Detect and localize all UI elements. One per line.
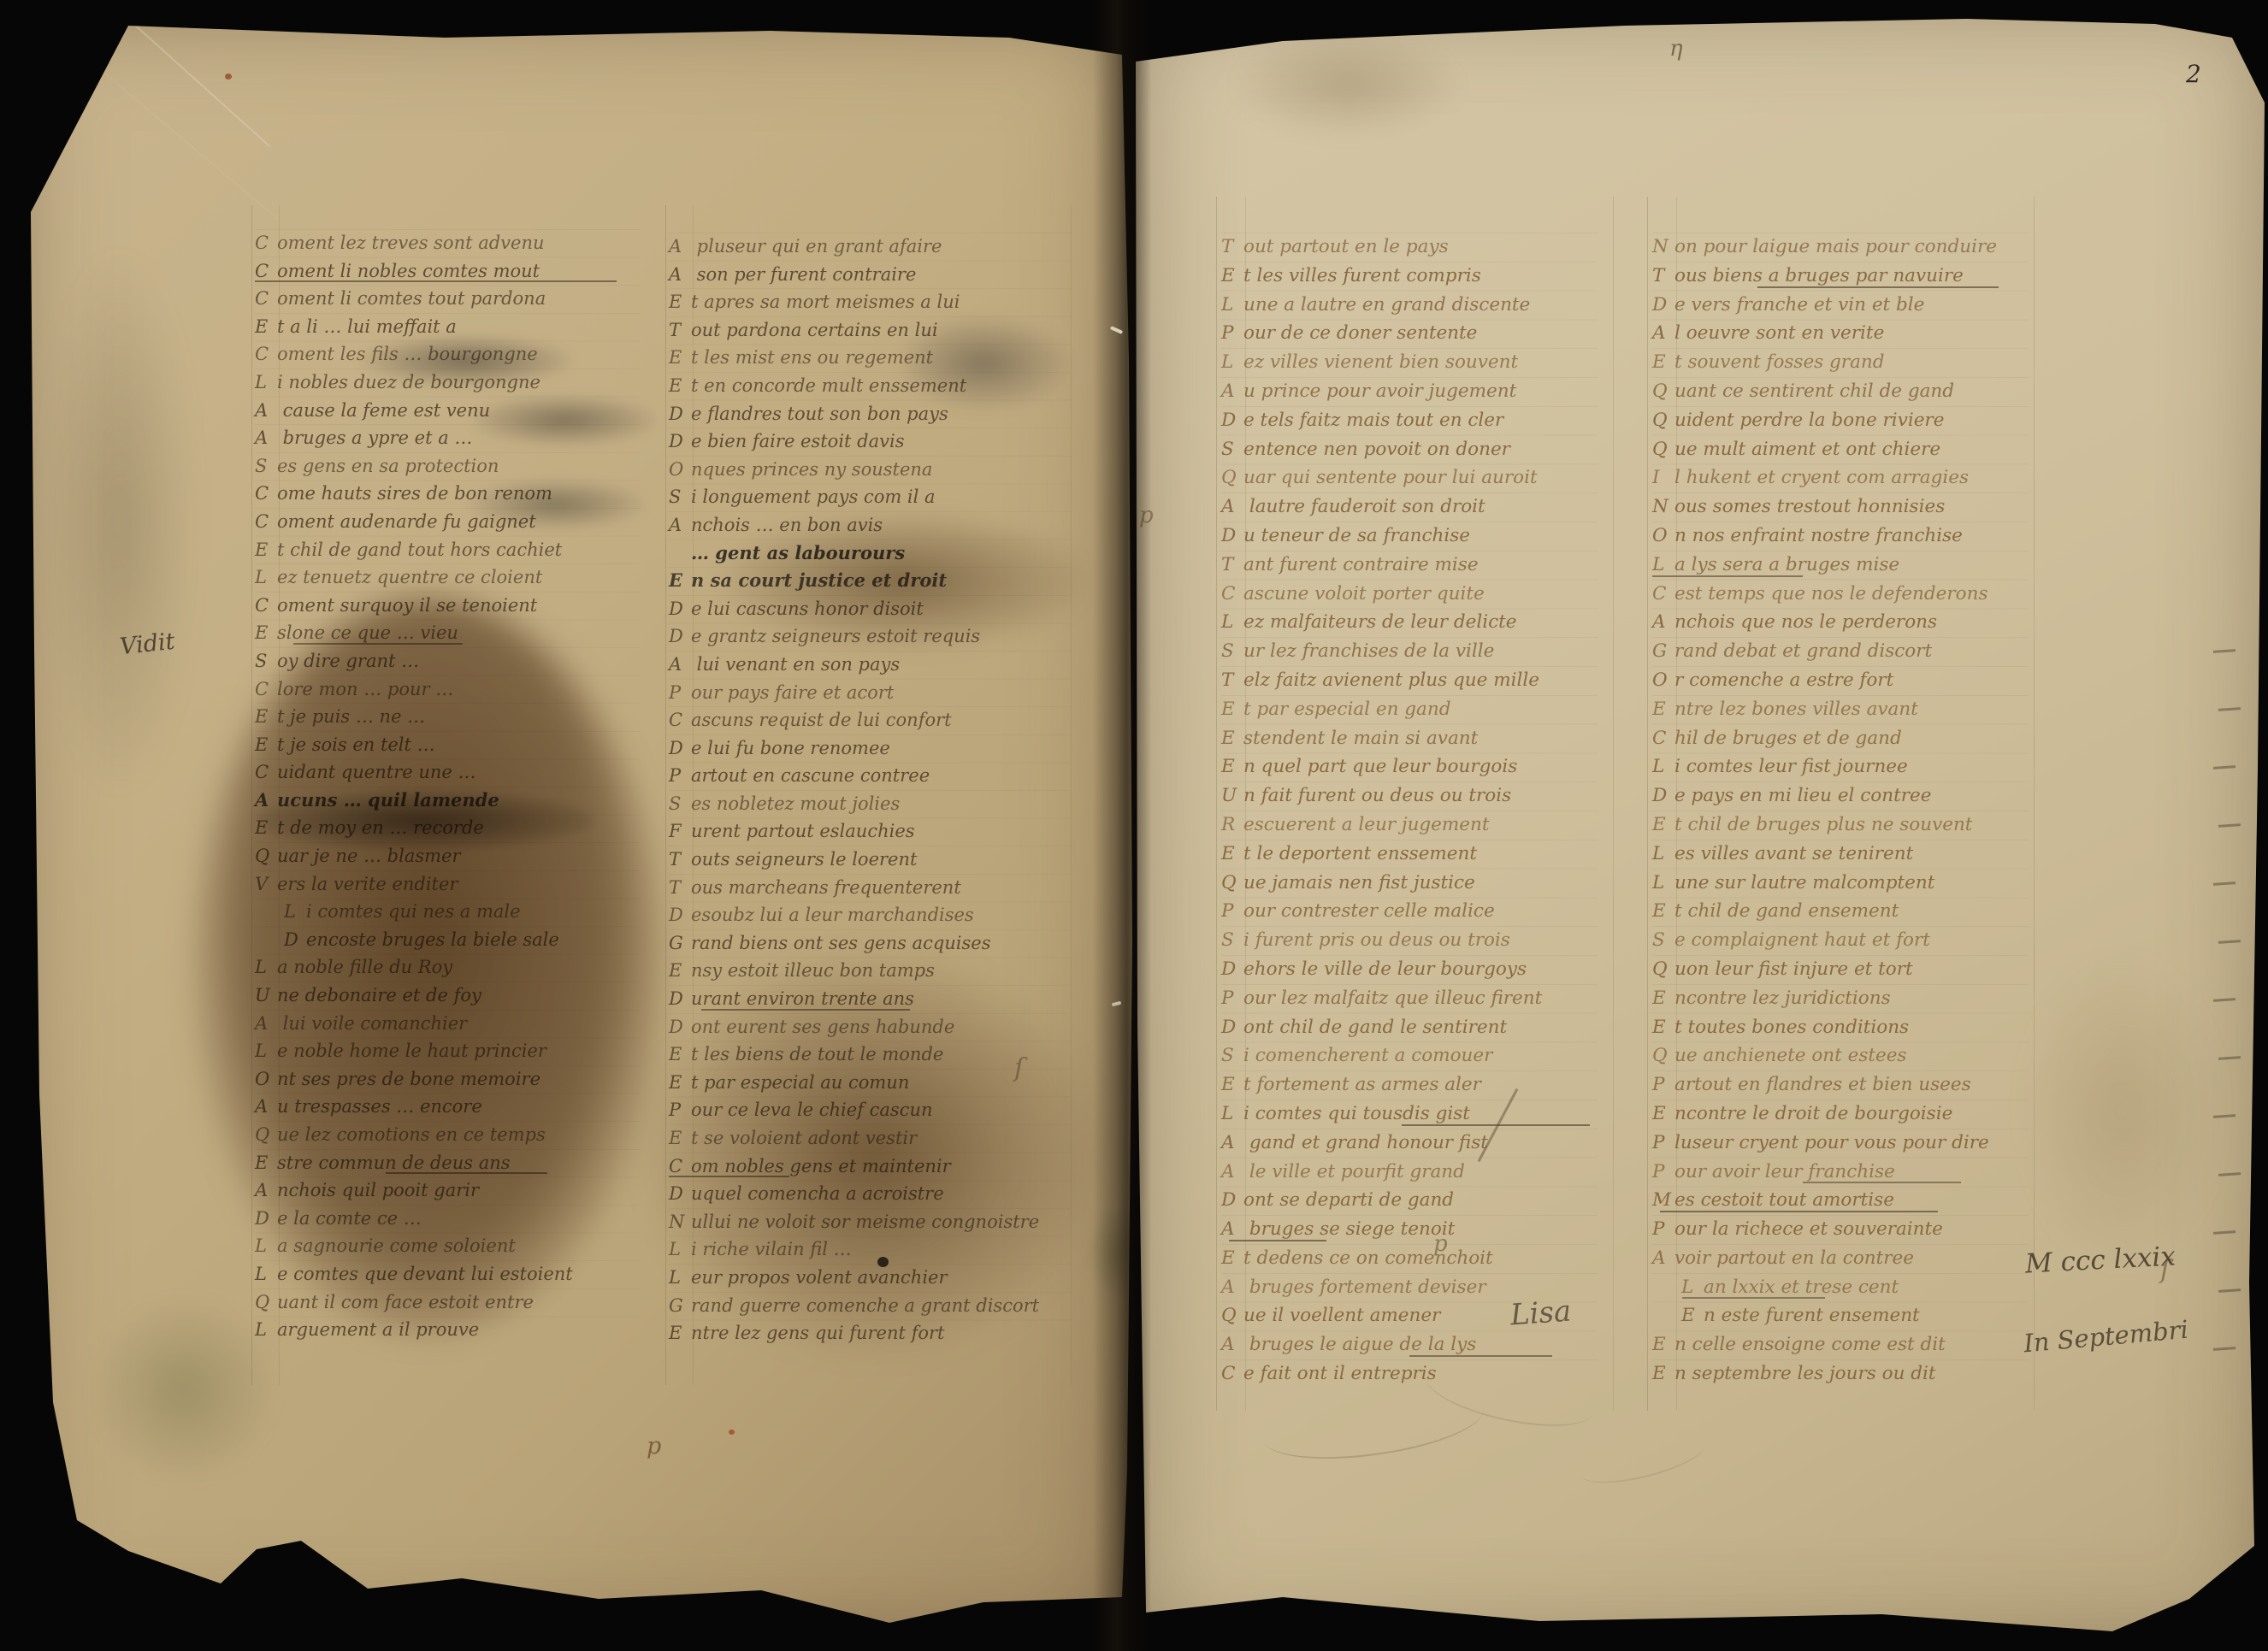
- line-initial: P: [1652, 1129, 1674, 1158]
- line-text: son per furent contraire: [691, 264, 916, 285]
- line-initial: C: [669, 706, 691, 734]
- line-text: bruges se siege tenoit: [1243, 1218, 1455, 1240]
- line-text: i furent pris ou deus ou trois: [1243, 929, 1510, 951]
- line-text: t le deportent enssement: [1243, 843, 1477, 864]
- line-initial: L: [255, 563, 277, 592]
- line-initial: D: [669, 400, 691, 428]
- text-line: Pour de ce doner sentente: [1221, 319, 1598, 348]
- red-spot: [97, 43, 107, 51]
- text-line: A pluseur qui en grant afaire: [669, 233, 1071, 261]
- text-line: Anchois … en bon avis: [669, 511, 1071, 540]
- text-line: Et je sois en telt …: [255, 731, 640, 759]
- text-line: Clore mon … pour …: [255, 675, 640, 704]
- line-initial: A: [1221, 492, 1243, 522]
- line-text: nchois … en bon avis: [691, 515, 883, 535]
- line-text: oment audenarde fu gaignet: [277, 511, 536, 532]
- text-line: Et apres sa mort meismes a lui: [669, 288, 1071, 316]
- text-line: Quar qui sentente pour lui auroit: [1221, 463, 1598, 492]
- text-line: Et fortement as armes aler: [1221, 1070, 1598, 1100]
- line-text: ur lez franchises de la ville: [1243, 640, 1494, 662]
- line-text: ntre lez gens qui furent fort: [691, 1323, 945, 1343]
- text-line: De grantz seigneurs estoit requis: [669, 622, 1071, 651]
- line-text: n nos enfraint nostre franchise: [1674, 525, 1963, 546]
- text-line: Et a li … lui meffait a: [255, 313, 640, 341]
- line-initial: N: [1652, 233, 1674, 262]
- line-text: t chil de gand ensement: [1674, 900, 1899, 922]
- text-line: Vers la verite enditer: [255, 870, 640, 899]
- line-text: une a lautre en grand discente: [1243, 294, 1530, 315]
- ink-underline: [386, 1172, 547, 1174]
- manuscript-page-right: Tout partout en le paysEt les villes fur…: [1134, 0, 2268, 1651]
- line-text: e flandres tout son bon pays: [691, 404, 948, 424]
- line-initial: A: [255, 1010, 277, 1038]
- line-initial: P: [669, 1096, 691, 1124]
- text-line: Coment les fils … bourgongne: [255, 340, 640, 369]
- line-text: es villes avant se tenirent: [1674, 843, 1913, 864]
- text-line: Nullui ne voloit sor meisme congnoistre: [669, 1208, 1071, 1236]
- line-initial: C: [255, 508, 277, 536]
- line-text: e bien faire estoit davis: [691, 431, 904, 451]
- text-column-c: Tout partout en le paysEt les villes fur…: [1221, 233, 1598, 1389]
- line-initial: L: [1652, 840, 1674, 869]
- line-text: n fait furent ou deus ou trois: [1243, 785, 1511, 806]
- ruling-tick: [2218, 1172, 2241, 1176]
- text-line: Li comtes qui tousdis gist: [1221, 1100, 1598, 1129]
- text-line: Coment lez treves sont advenu: [255, 229, 640, 257]
- text-line: Ses nobletez mout jolies: [669, 790, 1071, 818]
- text-line: Si comencherent a comouer: [1221, 1041, 1598, 1070]
- line-initial: D: [1221, 406, 1243, 435]
- line-initial: D: [669, 427, 691, 456]
- text-line: Lan lxxix et trese cent: [1652, 1273, 2029, 1302]
- text-line: En sa court justice et droit: [669, 567, 1071, 595]
- line-text: i comtes qui nes a male: [306, 901, 521, 922]
- line-initial: C: [255, 592, 277, 620]
- text-line: Durant environ trente ans: [669, 985, 1071, 1013]
- line-text: rand debat et grand discort: [1674, 640, 1932, 662]
- line-text: voir partout en la contree: [1674, 1247, 1914, 1269]
- line-initial: E: [255, 1149, 277, 1177]
- text-line: Tant furent contraire mise: [1221, 551, 1598, 580]
- catchword: p: [647, 1433, 661, 1459]
- line-initial: Q: [1652, 377, 1674, 406]
- line-initial: V: [255, 870, 277, 899]
- line-initial: L: [255, 1037, 277, 1065]
- line-text: a noble fille du Roy: [277, 957, 452, 977]
- line-initial: U: [1221, 781, 1243, 811]
- text-line: A gand et grand honour fist: [1221, 1129, 1598, 1158]
- text-line: Coment surquoy il se tenoient: [255, 592, 640, 620]
- line-text: oment li comtes tout pardona: [277, 288, 546, 309]
- line-text: t je sois en telt …: [277, 734, 435, 755]
- text-line: Que mult aiment et ont chiere: [1652, 435, 2029, 464]
- line-text: n celle ensoigne come est dit: [1674, 1334, 1946, 1355]
- line-text: l hukent et cryent com arragies: [1674, 467, 1969, 488]
- line-text: ne debonaire et de foy: [277, 985, 481, 1005]
- line-text: arguement a il prouve: [277, 1319, 479, 1340]
- line-initial: L: [1652, 752, 1674, 781]
- line-initial: S: [669, 790, 691, 818]
- text-column-b: A pluseur qui en grant afaireA son per f…: [669, 233, 1071, 1347]
- ink-underline: [1229, 1240, 1326, 1241]
- line-text: e lui cascuns honor disoit: [691, 598, 924, 619]
- line-initial: E: [1221, 695, 1243, 724]
- text-line: Larguement a il prouve: [255, 1316, 640, 1344]
- line-text: ous somes trestout honnisies: [1674, 496, 1945, 517]
- line-text: artout en cascune contree: [691, 765, 930, 786]
- line-text: t souvent fosses grand: [1674, 351, 1885, 373]
- text-line: Anchois que nos le perderons: [1652, 608, 2029, 637]
- line-text: rand guerre comenche a grant discort: [691, 1295, 1039, 1316]
- text-line: Touts seigneurs le loerent: [669, 846, 1071, 874]
- line-text: urent partout eslauchies: [691, 821, 915, 841]
- text-line: Tous marcheans frequenterent: [669, 874, 1071, 902]
- text-line: Cascune voloit porter quite: [1221, 580, 1598, 609]
- line-text: e comtes que devant lui estoient: [277, 1264, 573, 1284]
- margin-note-vidit: Vidit: [119, 628, 176, 661]
- line-initial: C: [255, 285, 277, 313]
- text-line: Encontre le droit de bourgoisie: [1652, 1100, 2029, 1129]
- line-text: r comenche a estre fort: [1674, 669, 1893, 691]
- line-text: a lys sera a bruges mise: [1674, 554, 1899, 575]
- text-column-d: Non pour laigue mais pour conduireTous b…: [1652, 233, 2029, 1389]
- line-initial: L: [255, 369, 277, 397]
- text-line: Dont se departi de gand: [1221, 1186, 1598, 1215]
- line-initial: E: [255, 731, 277, 759]
- line-text: stendent le main si avant: [1243, 728, 1478, 749]
- line-text: i comtes qui tousdis gist: [1243, 1103, 1470, 1124]
- line-initial: A: [255, 787, 277, 815]
- line-initial: P: [669, 679, 691, 707]
- text-line: Se complaignent haut et fort: [1652, 926, 2029, 955]
- line-text: ntre lez bones villes avant: [1674, 699, 1918, 720]
- text-line: Chil de bruges et de gand: [1652, 724, 2029, 753]
- ink-underline: [1409, 1355, 1552, 1357]
- line-text: t chil de bruges plus ne souvent: [1674, 814, 1972, 835]
- line-initial: A: [1652, 1244, 1674, 1273]
- text-line: De vers franche et vin et ble: [1652, 291, 2029, 320]
- line-text: out pardona certains en lui: [691, 320, 938, 340]
- line-text: our pays faire et acort: [691, 682, 894, 703]
- line-text: encoste bruges la biele sale: [306, 929, 559, 950]
- line-text: e noble home le haut princier: [277, 1041, 546, 1061]
- text-line: Pour ce leva le chief cascun: [669, 1096, 1071, 1124]
- line-initial: E: [255, 703, 277, 731]
- date-note-year: M ccc lxxix: [2024, 1241, 2176, 1279]
- line-text: t en concorde mult enssement: [691, 375, 966, 396]
- line-initial: D: [669, 1180, 691, 1208]
- parchment-crease: [42, 21, 279, 221]
- text-line: Furent partout eslauchies: [669, 817, 1071, 846]
- line-initial: G: [1652, 637, 1674, 666]
- line-text: bruges fortement deviser: [1243, 1277, 1486, 1298]
- line-initial: L: [669, 1264, 691, 1292]
- line-text: t a li … lui meffait a: [277, 316, 457, 337]
- line-initial: A: [669, 261, 691, 289]
- line-initial: A: [1221, 1129, 1243, 1158]
- line-initial: E: [1652, 897, 1674, 926]
- line-text: oment lez treves sont advenu: [277, 233, 545, 253]
- line-initial: Q: [1652, 955, 1674, 984]
- text-line: Entre lez gens qui furent fort: [669, 1319, 1071, 1347]
- stain-smudge: [1237, 34, 1459, 137]
- line-initial: S: [1652, 926, 1674, 955]
- line-text: t je puis … ne …: [277, 706, 425, 727]
- ruling-line: [1071, 205, 1072, 1385]
- ruling-tick: [2213, 1347, 2236, 1351]
- line-text: t les biens de tout le monde: [691, 1044, 943, 1064]
- line-initial: Q: [255, 1288, 277, 1317]
- line-initial: E: [669, 1319, 691, 1347]
- line-text: on pour laigue mais pour conduire: [1674, 236, 1997, 257]
- text-line: Tout partout en le pays: [1221, 233, 1598, 262]
- text-line: Tous biens a bruges par navuire: [1652, 262, 2029, 291]
- line-text: e fait ont il entrepris: [1243, 1363, 1437, 1384]
- line-text: our ce leva le chief cascun: [691, 1100, 933, 1120]
- line-initial: G: [669, 1292, 691, 1320]
- ruling-tick: [2213, 998, 2236, 1002]
- line-text: est temps que nos le defenderons: [1674, 583, 1987, 604]
- line-text: une sur lautre malcomptent: [1674, 872, 1934, 893]
- line-initial: P: [669, 762, 691, 790]
- stain-smudge: [2023, 958, 2220, 1265]
- manuscript-photo: Coment lez treves sont advenuComent li n…: [0, 0, 2268, 1651]
- line-text: e tels faitz mais tout en cler: [1243, 410, 1503, 431]
- text-line: Et par especial au comun: [669, 1069, 1071, 1097]
- ink-underline: [293, 643, 463, 645]
- text-line: Dehors le ville de leur bourgoys: [1221, 955, 1598, 984]
- line-text: … gent as labourours: [691, 542, 905, 563]
- text-line: Grand debat et grand discort: [1652, 637, 2029, 666]
- line-text: uar qui sentente pour lui auroit: [1243, 467, 1538, 488]
- line-text: entence nen povoit on doner: [1243, 439, 1510, 460]
- text-line: Que lez comotions en ce temps: [255, 1121, 640, 1149]
- line-text: t par especial au comun: [691, 1072, 909, 1093]
- line-text: ue jamais nen fist justice: [1243, 872, 1475, 893]
- text-line: Duquel comencha a acroistre: [669, 1180, 1071, 1208]
- text-line: A bruges se siege tenoit: [1221, 1215, 1598, 1244]
- line-text: e pays en mi lieu el contree: [1674, 785, 1931, 806]
- line-text: oment les fils … bourgongne: [277, 344, 538, 364]
- line-initial: C: [1221, 1359, 1243, 1389]
- text-line: Or comenche a estre fort: [1652, 666, 2029, 695]
- ruling-line: [1216, 197, 1217, 1411]
- line-initial: C: [255, 229, 277, 257]
- ruling-line: [1647, 197, 1648, 1411]
- text-line: La sagnourie come soloient: [255, 1232, 640, 1260]
- line-text: uquel comencha a acroistre: [691, 1183, 944, 1204]
- line-text: ous biens a bruges par navuire: [1674, 265, 1964, 286]
- line-initial: E: [669, 288, 691, 316]
- ruling-tick: [2218, 940, 2241, 944]
- text-line: Tout pardona certains en lui: [669, 316, 1071, 345]
- line-text: nsy estoit illeuc bon tamps: [691, 960, 935, 981]
- line-text: luseur cryent pour vous pour dire: [1674, 1132, 1989, 1153]
- faint-scribble: [1576, 1426, 1710, 1492]
- text-line: Onques princes ny soustena: [669, 456, 1071, 484]
- line-initial: D: [1652, 291, 1674, 320]
- text-line: Sentence nen povoit on doner: [1221, 435, 1598, 464]
- text-line: Eslone ce que … vieu: [255, 619, 640, 647]
- line-text: stre commun de deus ans: [277, 1153, 511, 1173]
- line-initial: D: [1221, 522, 1243, 551]
- line-initial: Q: [1221, 463, 1243, 492]
- line-text: i nobles duez de bourgongne: [277, 372, 540, 392]
- line-text: t fortement as armes aler: [1243, 1074, 1481, 1095]
- line-initial: D: [255, 1205, 277, 1233]
- ink-underline: [1803, 1182, 1961, 1183]
- text-line: Ensy estoit illeuc bon tamps: [669, 957, 1071, 985]
- line-initial: E: [669, 1124, 691, 1153]
- line-initial: S: [255, 452, 277, 481]
- ink-underline: [669, 1176, 789, 1177]
- ruling-line: [2034, 197, 2035, 1411]
- line-text: ous marcheans frequenterent: [691, 877, 961, 898]
- line-text: e complaignent haut et fort: [1674, 929, 1930, 951]
- line-initial: P: [1221, 319, 1243, 348]
- text-line: En celle ensoigne come est dit: [1652, 1330, 2029, 1359]
- line-text: i riche vilain fil …: [691, 1239, 852, 1259]
- ruling-tick: [2213, 1114, 2236, 1118]
- text-line: Que anchienete ont estees: [1652, 1041, 2029, 1070]
- ruling-tick: [2218, 1288, 2241, 1293]
- line-text: ont eurent ses gens habunde: [691, 1017, 954, 1037]
- line-text: lui voile comanchier: [277, 1013, 467, 1034]
- line-initial: A: [255, 1176, 277, 1205]
- line-text: i comtes leur fist journee: [1674, 756, 1908, 777]
- ruling-tick: [2213, 649, 2236, 653]
- red-spot: [225, 74, 232, 80]
- text-line: Et les villes furent compris: [1221, 262, 1598, 291]
- ruling-line: [251, 205, 252, 1385]
- line-initial: E: [1652, 811, 1674, 840]
- line-initial: D: [669, 1013, 691, 1041]
- line-initial: T: [669, 316, 691, 345]
- line-text: uon leur fist injure et tort: [1674, 958, 1913, 980]
- line-initial: T: [669, 846, 691, 874]
- text-line: Et les biens de tout le monde: [669, 1041, 1071, 1069]
- text-line: Lez villes vienent bien souvent: [1221, 348, 1598, 377]
- line-initial: L: [1221, 1100, 1243, 1129]
- line-text: u trespasses … encore: [277, 1096, 482, 1117]
- text-line: Grand biens ont ses gens acquises: [669, 929, 1071, 958]
- line-text: ncontre le droit de bourgoisie: [1674, 1103, 1952, 1124]
- line-text: n septembre les jours ou dit: [1674, 1363, 1936, 1384]
- text-line: Quant ce sentirent chil de gand: [1652, 377, 2029, 406]
- line-text: le ville et pourfit grand: [1243, 1161, 1465, 1182]
- line-initial: O: [1652, 522, 1674, 551]
- text-line: Quar je ne … blasmer: [255, 842, 640, 870]
- line-text: oment li nobles comtes mout: [277, 261, 540, 281]
- line-text: a sagnourie come soloient: [277, 1235, 516, 1256]
- text-line: En este furent ensement: [1652, 1301, 2029, 1330]
- ink-underline: [1757, 286, 1999, 288]
- line-text: t dedens ce on comenchoit: [1243, 1247, 1493, 1269]
- text-line: Lez tenuetz quentre ce cloient: [255, 563, 640, 592]
- line-text: es nobletez mout jolies: [691, 793, 900, 814]
- text-line: Et de moy en … recorde: [255, 814, 640, 842]
- line-initial: Q: [255, 1121, 277, 1149]
- text-line: A lui voile comanchier: [255, 1010, 640, 1038]
- line-initial: T: [1221, 233, 1243, 262]
- text-line: Pour contrester celle malice: [1221, 897, 1598, 926]
- line-initial: C: [1652, 724, 1674, 753]
- text-line: De la comte ce …: [255, 1205, 640, 1233]
- line-text: nques princes ny soustena: [691, 459, 932, 480]
- line-text: ascune voloit porter quite: [1243, 583, 1485, 604]
- line-text: t se voloient adont vestir: [691, 1128, 917, 1148]
- line-initial: E: [669, 1069, 691, 1097]
- text-line: Dencoste bruges la biele sale: [255, 926, 640, 954]
- text-line: Li riche vilain fil …: [669, 1235, 1071, 1264]
- line-initial: E: [669, 344, 691, 372]
- line-initial: L: [669, 1235, 691, 1264]
- line-initial: E: [1221, 1070, 1243, 1100]
- line-initial: P: [1652, 1070, 1674, 1100]
- line-initial: Q: [255, 842, 277, 870]
- line-initial: P: [1221, 984, 1243, 1013]
- line-initial: D: [669, 734, 691, 763]
- line-initial: C: [255, 758, 277, 787]
- text-line: Desoubz lui a leur marchandises: [669, 901, 1071, 929]
- line-initial: C: [1652, 580, 1674, 609]
- text-line: Sur lez franchises de la ville: [1221, 637, 1598, 666]
- line-text: ue mult aiment et ont chiere: [1674, 439, 1940, 460]
- text-line: De lui cascuns honor disoit: [669, 595, 1071, 623]
- text-line: En quel part que leur bourgois: [1221, 752, 1598, 781]
- line-text: nchois quil pooit garir: [277, 1180, 479, 1200]
- line-text: lui venant en son pays: [691, 654, 900, 675]
- text-line: A le ville et pourfit grand: [1221, 1158, 1598, 1187]
- text-line: Leur propos volent avanchier: [669, 1264, 1071, 1292]
- text-line: A lui venant en son pays: [669, 651, 1071, 679]
- text-line: Li nobles duez de bourgongne: [255, 369, 640, 397]
- line-initial: C: [255, 340, 277, 369]
- stain-green: [94, 1300, 274, 1479]
- line-text: t par especial en gand: [1243, 699, 1450, 720]
- line-text: ullui ne voloit sor meisme congnoistre: [691, 1212, 1039, 1232]
- line-initial: C: [255, 480, 277, 508]
- line-text: e vers franche et vin et ble: [1674, 294, 1924, 315]
- line-text: l oeuvre sont en verite: [1674, 322, 1884, 344]
- gathering-mark: η: [1669, 36, 1683, 62]
- ruling-line: [1613, 197, 1614, 1411]
- paraph-flourish: p: [1433, 1231, 1448, 1257]
- line-initial: S: [669, 483, 691, 511]
- text-line: De pays en mi lieu el contree: [1652, 781, 2029, 811]
- line-text: t toutes bones conditions: [1674, 1017, 1909, 1038]
- line-text: our la richece et souverainte: [1674, 1218, 1943, 1240]
- ruling-tick: [2218, 707, 2241, 711]
- line-initial: S: [1221, 637, 1243, 666]
- text-line: Les villes avant se tenirent: [1652, 840, 2029, 869]
- text-line: Pour pays faire et acort: [669, 679, 1071, 707]
- line-text: elz faitz avienent plus que mille: [1243, 669, 1539, 691]
- line-initial: N: [1652, 492, 1674, 522]
- text-line: Al oeuvre sont en verite: [1652, 319, 2029, 348]
- text-line: Un fait furent ou deus ou trois: [1221, 781, 1598, 811]
- text-line: Com nobles gens et maintenir: [669, 1153, 1071, 1181]
- line-text: uidant quentre une …: [277, 762, 476, 782]
- ink-underline: [701, 1009, 910, 1011]
- text-line: Et toutes bones conditions: [1652, 1013, 2029, 1042]
- ruling-tick: [2213, 1230, 2236, 1235]
- line-initial: A: [669, 651, 691, 679]
- line-initial: E: [255, 619, 277, 647]
- text-line: Coment li nobles comtes mout: [255, 257, 640, 286]
- line-text: t apres sa mort meismes a lui: [691, 292, 960, 312]
- line-initial: D: [669, 901, 691, 929]
